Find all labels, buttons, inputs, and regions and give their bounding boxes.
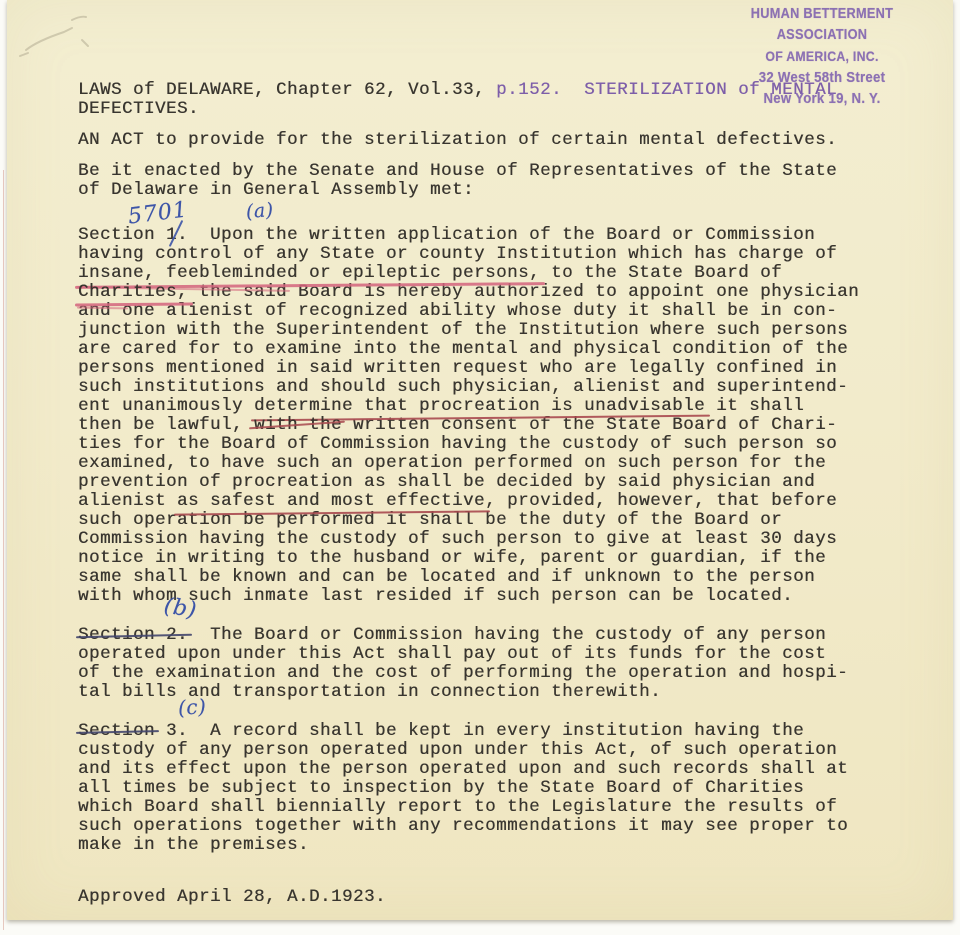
stamp-org-name: HUMAN BETTERMENT ASSOCIATION (704, 4, 940, 46)
text-line: Section 1. Upon the written application … (78, 226, 859, 245)
rubber-stamp: HUMAN BETTERMENT ASSOCIATION OF AMERICA,… (688, 4, 956, 109)
section-1-paragraph: 5701 (a) Section 1. Upon the written app… (78, 226, 859, 606)
text-line: junction with the Superintendent of the … (78, 321, 859, 340)
text-line: ties for the Board of Commission having … (78, 435, 859, 454)
handwritten-label-b: (b) (163, 597, 198, 621)
scan-edge-line (3, 170, 4, 930)
text-line: alienist as safest and most effective, p… (78, 492, 859, 511)
text-line: examined, to have such an operation perf… (78, 454, 859, 473)
text-line: ent unanimously determine that procreati… (78, 397, 859, 416)
section-1-text: it shall (705, 396, 804, 416)
section-1-text: alienist (78, 491, 177, 511)
red-underlined-phrase: as safest and most effective (177, 492, 485, 511)
stamp-org-suffix: OF AMERICA, INC. (704, 46, 940, 67)
text-line: prevention of procreation as shall be de… (78, 473, 859, 492)
text-line: Section 2. The Board or Commission havin… (78, 626, 848, 645)
text-line: same shall be known and can be located a… (78, 568, 859, 587)
text-line: custody of any person operated upon unde… (78, 741, 848, 760)
text-line: and one alienist of recognized ability w… (78, 302, 859, 321)
section-2-paragraph: (b) Section 2. The Board or Commission h… (78, 626, 848, 702)
section-2-text: The Board or Commission having the custo… (188, 625, 826, 645)
red-underlined-phrase: Charities, (78, 283, 188, 302)
text-line: Section 3. A record shall be kept in eve… (78, 722, 848, 741)
stamp-city-address: New York 19, N. Y. (704, 88, 940, 109)
text-line: notice in writing to the husband or wife… (78, 549, 859, 568)
text-line: all times be subject to inspection by th… (78, 779, 848, 798)
struck-section-number: 1. (166, 226, 188, 245)
struck-section-heading: Section 2. (78, 626, 188, 645)
text-line: of the examination and the cost of perfo… (78, 664, 848, 683)
enacting-line-2: of Delaware in General Assembly met: (78, 181, 837, 200)
text-line: operated upon under this Act shall pay o… (78, 645, 848, 664)
text-line: such operations together with any recomm… (78, 817, 848, 836)
section-1-text: ent unanimously (78, 396, 254, 416)
text-line: are cared for to examine into the mental… (78, 340, 859, 359)
section-1-word: Section (78, 225, 166, 245)
text-line: make in the premises. (78, 836, 848, 855)
pencil-scribble (12, 6, 132, 66)
stamp-street-address: 32 West 58th Street (704, 67, 940, 88)
approval-text: Approved April 28, A.D.1923. (78, 888, 386, 907)
approval-line: Approved April 28, A.D.1923. (78, 888, 386, 907)
red-crossed-phrase: with the (254, 416, 342, 435)
red-underlined-phrase: determine that procreation is unadvisabl… (254, 397, 705, 416)
section-1-text: , provided, however, that before (485, 491, 837, 511)
text-line: such institutions and should such physic… (78, 378, 859, 397)
struck-section-heading: Section (78, 722, 155, 741)
scanned-document-page: { "colors": { "paper": "#f2ebcb", "ink":… (0, 0, 960, 935)
enacting-line-1: Be it enacted by the Senate and House of… (78, 162, 837, 181)
text-line: which Board shall biennially report to t… (78, 798, 848, 817)
section-3-text: A record shall be kept in every institut… (188, 721, 804, 741)
text-line: insane, feebleminded or epileptic person… (78, 264, 859, 283)
section-3-paragraph: (c) Section 3. A record shall be kept in… (78, 722, 848, 855)
handwritten-label-c: (c) (177, 697, 207, 718)
section-1-text: then be lawful, (78, 415, 254, 435)
handwritten-label-a: (a) (245, 201, 274, 222)
title-prefix: LAWS of DELAWARE, Chapter 62, Vol.33, (78, 80, 496, 100)
section-1-text: Upon the written application of the Boar… (188, 225, 815, 245)
text-line: persons mentioned in said written reques… (78, 359, 859, 378)
act-line: AN ACT to provide for the sterilization … (78, 131, 837, 150)
enacting-clause: Be it enacted by the Senate and House of… (78, 162, 837, 200)
section-1-text: to the State Board of (540, 263, 782, 283)
section-3-number: 3. (155, 721, 188, 741)
text-line: and its effect upon the person operated … (78, 760, 848, 779)
text-line: Commission having the custody of such pe… (78, 530, 859, 549)
text-line: having control of any State or county In… (78, 245, 859, 264)
red-underlined-phrase: insane, feebleminded or epileptic person… (78, 264, 540, 283)
act-heading: AN ACT to provide for the sterilization … (78, 131, 837, 150)
